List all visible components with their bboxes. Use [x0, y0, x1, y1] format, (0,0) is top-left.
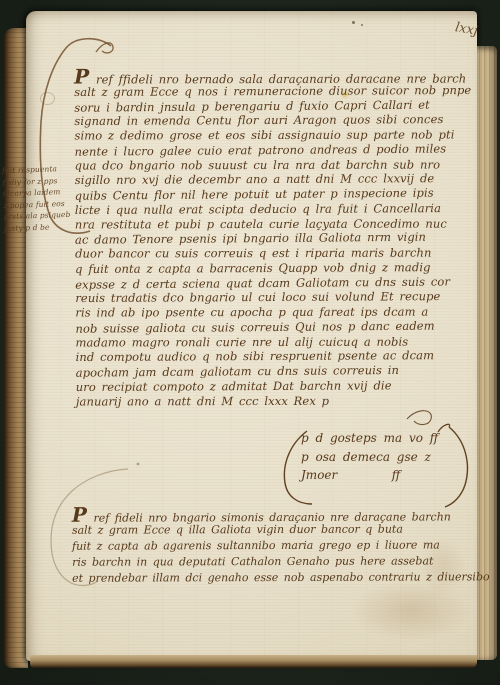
text-line: P ref ffideli nro bernado sala daraçanar… — [74, 68, 471, 84]
first-entry-paragraph: P ref ffideli nro bernado sala daraçanar… — [74, 68, 473, 409]
text-line: P ref fideli nro bngario simonis daraçan… — [72, 505, 490, 522]
margin-note: fuit respuenta f sliy for z pps idcarya … — [2, 163, 71, 234]
book-bottom-page-edges — [30, 655, 477, 668]
text-line: duor bancor cu suis correuis q est i rip… — [75, 245, 472, 261]
text-line: qua dco bngario nob suuust cu lra nra da… — [75, 157, 472, 173]
text-line: januarij ano a natt dni M ccc lxxx Rex p — [76, 393, 473, 409]
text-line: uro recipiat compoto z admitat Dat barch… — [76, 378, 473, 395]
signature-line: p osa demeca gse z — [301, 448, 438, 467]
text-line: fuit z capta ab agarenis sultannibo mari… — [72, 537, 490, 554]
book-gutter-page-edges — [4, 28, 28, 668]
text-line: salt z gram Ecce q illa Galiota vigin du… — [72, 521, 490, 538]
text-line: nente i lucro galee cuio erat patrono an… — [74, 141, 471, 159]
signature-block: p d gosteps ma vo ff p osa demeca gse z … — [301, 429, 438, 485]
text-line: et prendebar illam dci genaho esse nob a… — [72, 569, 490, 586]
text-line: nob suisse galiota cu suis correuis Qui … — [75, 318, 472, 336]
margin-note-line: prsts ala psiqueb — [3, 209, 70, 223]
text-line: expsse z d certa sciena quat dcam Galiot… — [75, 274, 472, 292]
signature-line: p d gosteps ma vo ff — [301, 429, 438, 448]
text-line: ris barchn in qua deputati Cathalon Gena… — [72, 553, 490, 570]
second-entry-paragraph: P ref fideli nro bngario simonis daraçan… — [72, 505, 490, 586]
text-line: licte i qua nulla erat scipta deducio q … — [75, 201, 472, 218]
text-line: madamo magro ronali curie nre ul alij cu… — [76, 334, 473, 350]
manuscript-photo: lxxj fuit respuenta f sliy for z pps idc… — [0, 0, 500, 685]
signature-line: Jmoer ff — [301, 466, 438, 485]
text-line: soru i bardin jnsula p berengariu d fuxi… — [74, 97, 471, 115]
margin-note-line: justy p d be — [4, 220, 71, 234]
